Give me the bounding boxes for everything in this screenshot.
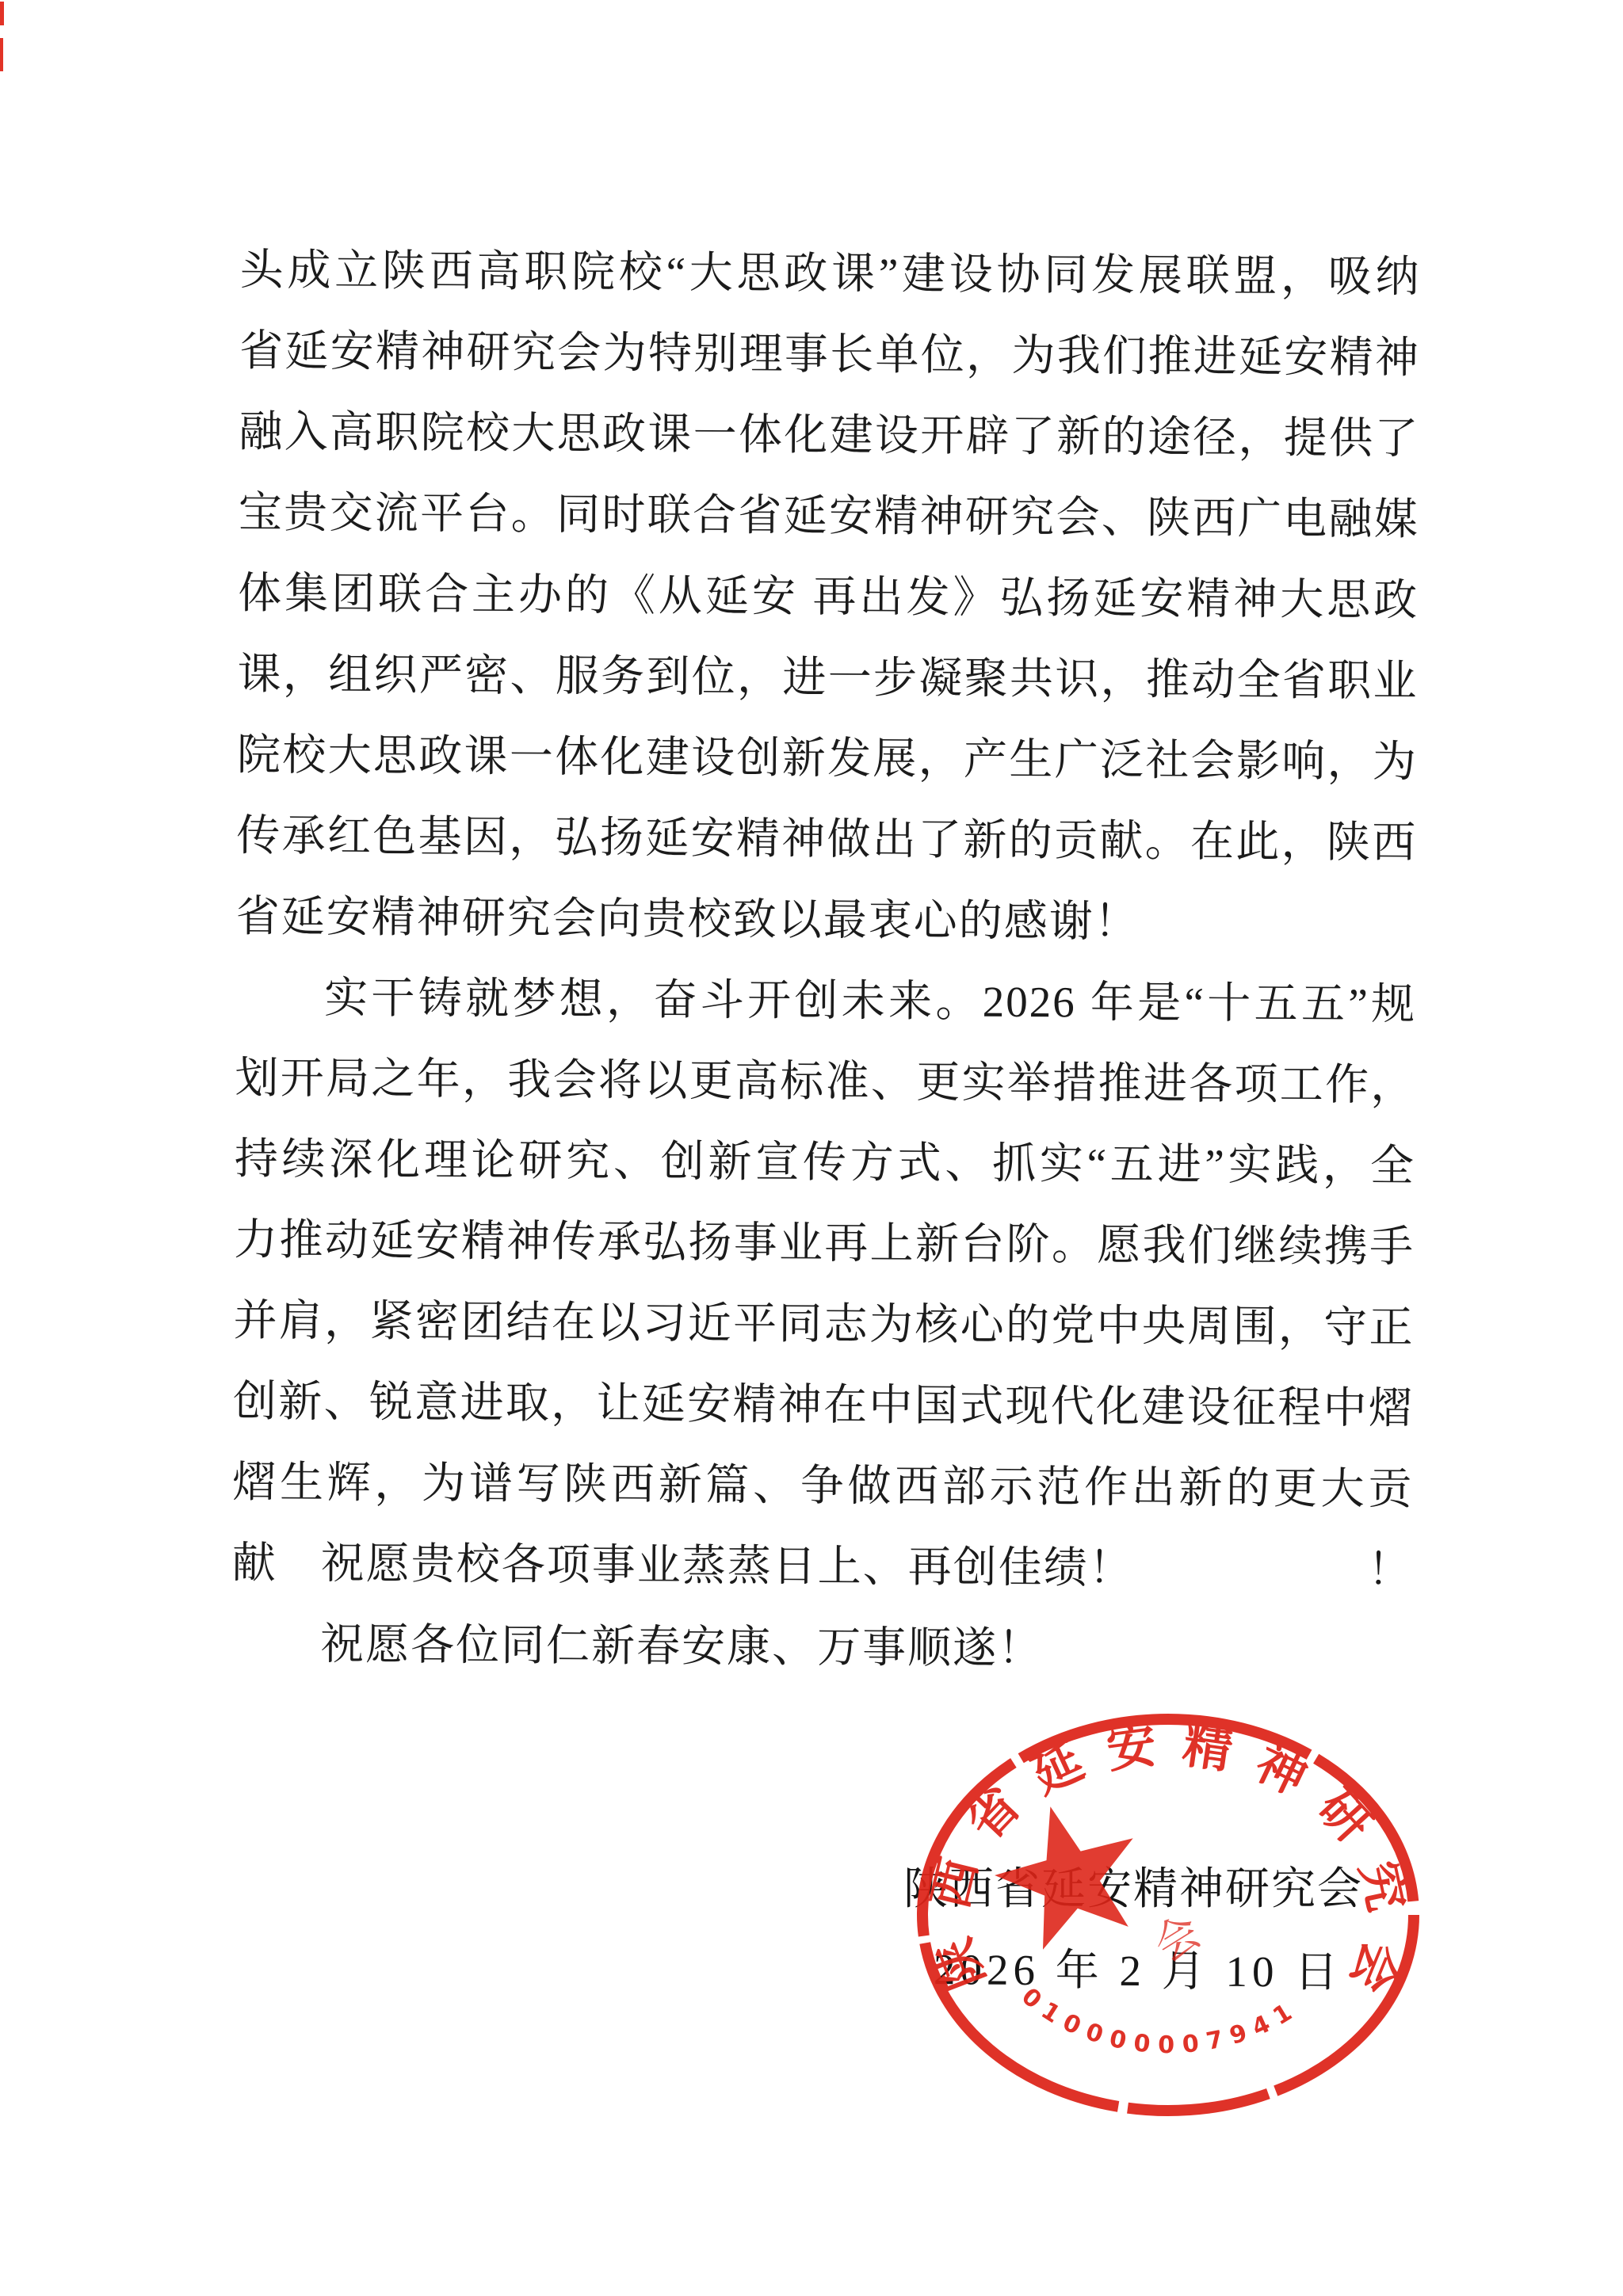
scan-artifact-mark xyxy=(0,38,3,71)
official-seal: 陕西省延安精神研究会 会 010000007941 xyxy=(896,1680,1450,2155)
seal-serial-number: 010000007941 xyxy=(1016,1982,1296,2059)
seal-ghost-char: 会 xyxy=(1146,1907,1209,1972)
body-line: 省延安精神研究会为特别理事长单位，为我们推进延安精神 xyxy=(239,311,1421,399)
body-line: 体集团联合主办的《从延安 再出发》弘扬延安精神大思政 xyxy=(238,553,1419,641)
body-line: 课，组织严密、服务到位，进一步凝聚共识，推动全省职业 xyxy=(237,634,1419,722)
body-line: 融入高职院校大思政课一体化建设开辟了新的途径，提供了 xyxy=(239,391,1420,479)
body-line: 并肩，紧密团结在以习近平同志为核心的党中央周围，守正 xyxy=(233,1280,1415,1368)
body-line: 头成立陕西高职院校“大思政课”建设协同发展联盟，吸纳 xyxy=(239,230,1421,318)
body-line: 宝贵交流平台。同时联合省延安精神研究会、陕西广电融媒 xyxy=(239,472,1420,560)
body-line: 持续深化理论研究、创新宣传方式、抓实“五进”实践，全 xyxy=(235,1119,1416,1207)
body-line: 实干铸就梦想，奋斗开创未来。2026 年是“十五五”规 xyxy=(235,957,1417,1045)
body-line: 熠生辉，为谱写陕西新篇、争做西部示范作出新的更大贡献！ xyxy=(232,1442,1414,1530)
body-line: 创新、锐意进取，让延安精神在中国式现代化建设征程中熠 xyxy=(233,1361,1415,1449)
body-line: 院校大思政课一体化建设创新发展，产生广泛社会影响，为 xyxy=(237,715,1419,803)
letter-page: 头成立陕西高职院校“大思政课”建设协同发展联盟，吸纳省延安精神研究会为特别理事长… xyxy=(0,0,1623,2296)
body-line: 划开局之年，我会将以更高标准、更实举措推进各项工作， xyxy=(235,1038,1416,1126)
body-line: 祝愿各位同仁新春安康、万事顺遂！ xyxy=(231,1604,1413,1691)
scan-artifact-mark xyxy=(0,2,4,25)
body-line: 传承红色基因，弘扬延安精神做出了新的贡献。在此，陕西 xyxy=(236,795,1418,883)
body-line: 省延安精神研究会向贵校致以最衷心的感谢！ xyxy=(235,876,1417,964)
letter-body: 头成立陕西高职院校“大思政课”建设协同发展联盟，吸纳省延安精神研究会为特别理事长… xyxy=(231,230,1421,1691)
body-line: 力推动延安精神传承弘扬事业再上新台阶。愿我们继续携手 xyxy=(234,1199,1415,1287)
